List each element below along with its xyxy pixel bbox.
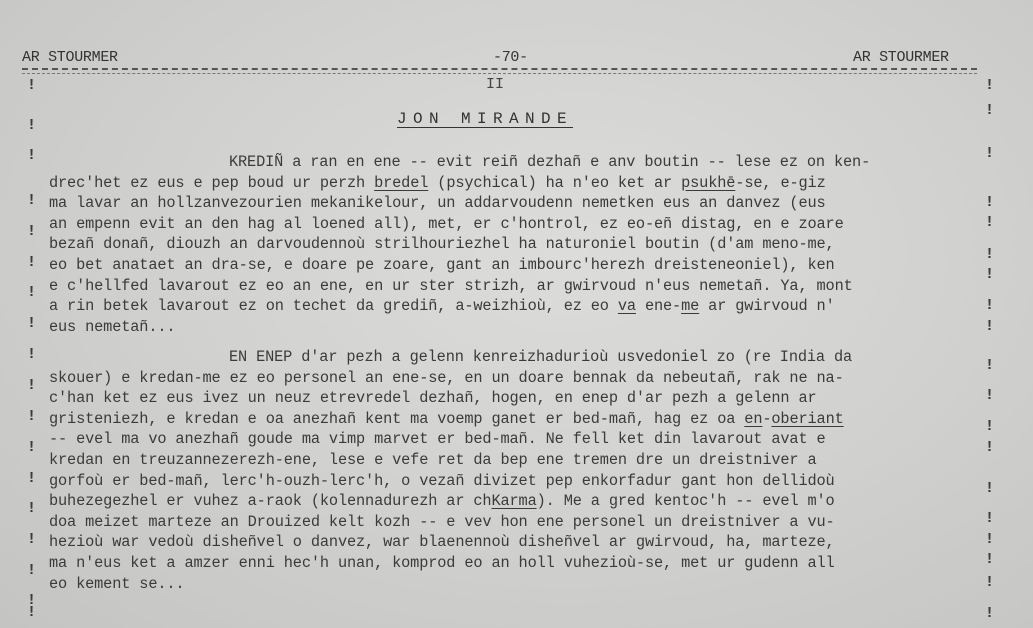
text-run: ene- — [636, 297, 681, 315]
margin-mark: ! — [27, 500, 36, 517]
text-run: gristeniezh, e kredan e oa anezhañ kent … — [49, 410, 744, 428]
margin-mark: ! — [985, 145, 994, 162]
text-run: KREDIÑ a ran en ene -- evit reiñ dezhañ … — [229, 153, 870, 171]
margin-mark: ! — [27, 377, 36, 394]
header-rule — [22, 68, 977, 74]
paragraph-2-line: c'han ket ez eus ivez un neuz etrevredel… — [49, 389, 817, 407]
underlined-term: va — [618, 297, 636, 315]
margin-mark: ! — [985, 480, 994, 497]
margin-mark: ! — [27, 470, 36, 487]
margin-mark: ! — [985, 439, 994, 456]
margin-mark: ! — [985, 246, 994, 263]
margin-mark: ! — [27, 223, 36, 240]
paragraph-1-line: an empenn evit an den hag al loened all)… — [49, 215, 844, 233]
margin-mark: ! — [985, 387, 994, 404]
paragraph-1-line: eus nemetañ... — [49, 318, 175, 336]
text-run: eus nemetañ... — [49, 318, 175, 336]
text-run: gorfoù er bed-mañ, lerc'h-ouzh-lerc'h, o… — [49, 472, 835, 490]
margin-mark: ! — [985, 605, 994, 622]
margin-mark: ! — [985, 510, 994, 527]
margin-mark: ! — [985, 418, 994, 435]
text-run: an empenn evit an den hag al loened all)… — [49, 215, 844, 233]
text-run: ma lavar an hollzanvezourien mekanikelou… — [49, 194, 826, 212]
paragraph-1-line: bezañ donañ, diouzh an darvoudennoù stri… — [49, 235, 835, 253]
text-run: skouer) e kredan-me ez eo personel an en… — [49, 369, 844, 387]
margin-mark: ! — [985, 574, 994, 591]
text-run: eo bet anataet an dra-se, e doare pe zoa… — [49, 256, 835, 274]
margin-mark: ! — [27, 562, 36, 579]
section-number: II — [486, 76, 504, 93]
margin-mark: ! — [27, 531, 36, 548]
paragraph-1-line: eo bet anataet an dra-se, e doare pe zoa… — [49, 256, 835, 274]
paragraph-1-line: drec'het ez eus e pep boud ur perzh bred… — [49, 174, 826, 192]
margin-mark: ! — [27, 117, 36, 134]
underlined-term: me — [681, 297, 699, 315]
underlined-term: en — [744, 410, 762, 428]
paragraph-2-line: doa meizet marteze an Drouized kelt kozh… — [49, 513, 835, 531]
text-run: -- evel ma vo anezhañ goude ma vimp marv… — [49, 430, 826, 448]
text-run: hezioù war vedoù disheñvel o danvez, war… — [49, 533, 835, 551]
margin-mark: ! — [985, 318, 994, 335]
margin-mark: ! — [27, 439, 36, 456]
margin-mark: ! — [27, 604, 36, 621]
paragraph-2-line: kredan en treuzannezerezh-ene, lese e ve… — [49, 451, 817, 469]
underlined-term: oberiant — [771, 410, 843, 428]
margin-mark: ! — [27, 254, 36, 271]
running-header-left: AR STOURMER — [22, 49, 118, 66]
text-run: doa meizet marteze an Drouized kelt kozh… — [49, 513, 835, 531]
margin-mark: ! — [985, 357, 994, 374]
margin-mark: ! — [27, 192, 36, 209]
paragraph-2-line: eo kement se... — [49, 575, 184, 593]
paragraph-2-line: -- evel ma vo anezhañ goude ma vimp marv… — [49, 430, 826, 448]
paragraph-2-line: buhezegezhel er vuhez a-raok (kolennadur… — [49, 492, 835, 510]
article-title: JON MIRANDE — [397, 110, 573, 128]
text-run: ma n'eus ket a amzer enni hec'h unan, ko… — [49, 554, 835, 572]
margin-mark: ! — [27, 315, 36, 332]
text-run: EN ENEP d'ar pezh a gelenn kenreizhaduri… — [229, 348, 852, 366]
paragraph-1-line: KREDIÑ a ran en ene -- evit reiñ dezhañ … — [229, 153, 870, 171]
text-run: bezañ donañ, diouzh an darvoudennoù stri… — [49, 235, 835, 253]
margin-mark: ! — [985, 214, 994, 231]
text-run: drec'het ez eus e pep boud ur perzh — [49, 174, 374, 192]
underlined-term: Karma — [491, 492, 536, 510]
text-run: buhezegezhel er vuhez a-raok (kolennadur… — [49, 492, 491, 510]
margin-mark: ! — [985, 551, 994, 568]
margin-mark: ! — [985, 194, 994, 211]
paragraph-2-line: gristeniezh, e kredan e oa anezhañ kent … — [49, 410, 844, 428]
paragraph-1-line: e c'hellfed lavarout ez eo an ene, en ur… — [49, 277, 853, 295]
margin-mark: ! — [985, 297, 994, 314]
paragraph-2-line: gorfoù er bed-mañ, lerc'h-ouzh-lerc'h, o… — [49, 472, 835, 490]
text-run: ). Me a gred kentoc'h -- evel m'o — [537, 492, 835, 510]
text-run: -se, e-giz — [735, 174, 825, 192]
text-run: a rin betek lavarout ez on techet da gre… — [49, 297, 618, 315]
margin-mark: ! — [27, 346, 36, 363]
paragraph-1-line: a rin betek lavarout ez on techet da gre… — [49, 297, 835, 315]
underlined-term: psukhē — [681, 174, 735, 192]
text-run: e c'hellfed lavarout ez eo an ene, en ur… — [49, 277, 853, 295]
page-number: -70- — [493, 49, 528, 66]
underlined-term: bredel — [374, 174, 428, 192]
margin-mark: ! — [985, 531, 994, 548]
text-run: c'han ket ez eus ivez un neuz etrevredel… — [49, 389, 817, 407]
margin-mark: ! — [985, 77, 994, 94]
paragraph-2-line: EN ENEP d'ar pezh a gelenn kenreizhaduri… — [229, 348, 852, 366]
paragraph-1-line: ma lavar an hollzanvezourien mekanikelou… — [49, 194, 826, 212]
margin-mark: ! — [27, 408, 36, 425]
paragraph-2-line: ma n'eus ket a amzer enni hec'h unan, ko… — [49, 554, 835, 572]
text-run: kredan en treuzannezerezh-ene, lese e ve… — [49, 451, 817, 469]
margin-mark: ! — [985, 266, 994, 283]
margin-mark: ! — [27, 284, 36, 301]
running-header-right: AR STOURMER — [853, 49, 949, 66]
text-run: eo kement se... — [49, 575, 184, 593]
paragraph-2-line: hezioù war vedoù disheñvel o danvez, war… — [49, 533, 835, 551]
text-run: ar gwirvoud n' — [699, 297, 834, 315]
margin-mark: ! — [27, 147, 36, 164]
margin-mark: ! — [985, 102, 994, 119]
paragraph-2-line: skouer) e kredan-me ez eo personel an en… — [49, 369, 844, 387]
text-run: (psychical) ha n'eo ket ar — [428, 174, 681, 192]
margin-mark: ! — [27, 77, 36, 94]
document-page: AR STOURMER -70- AR STOURMER II JON MIRA… — [0, 0, 1033, 628]
